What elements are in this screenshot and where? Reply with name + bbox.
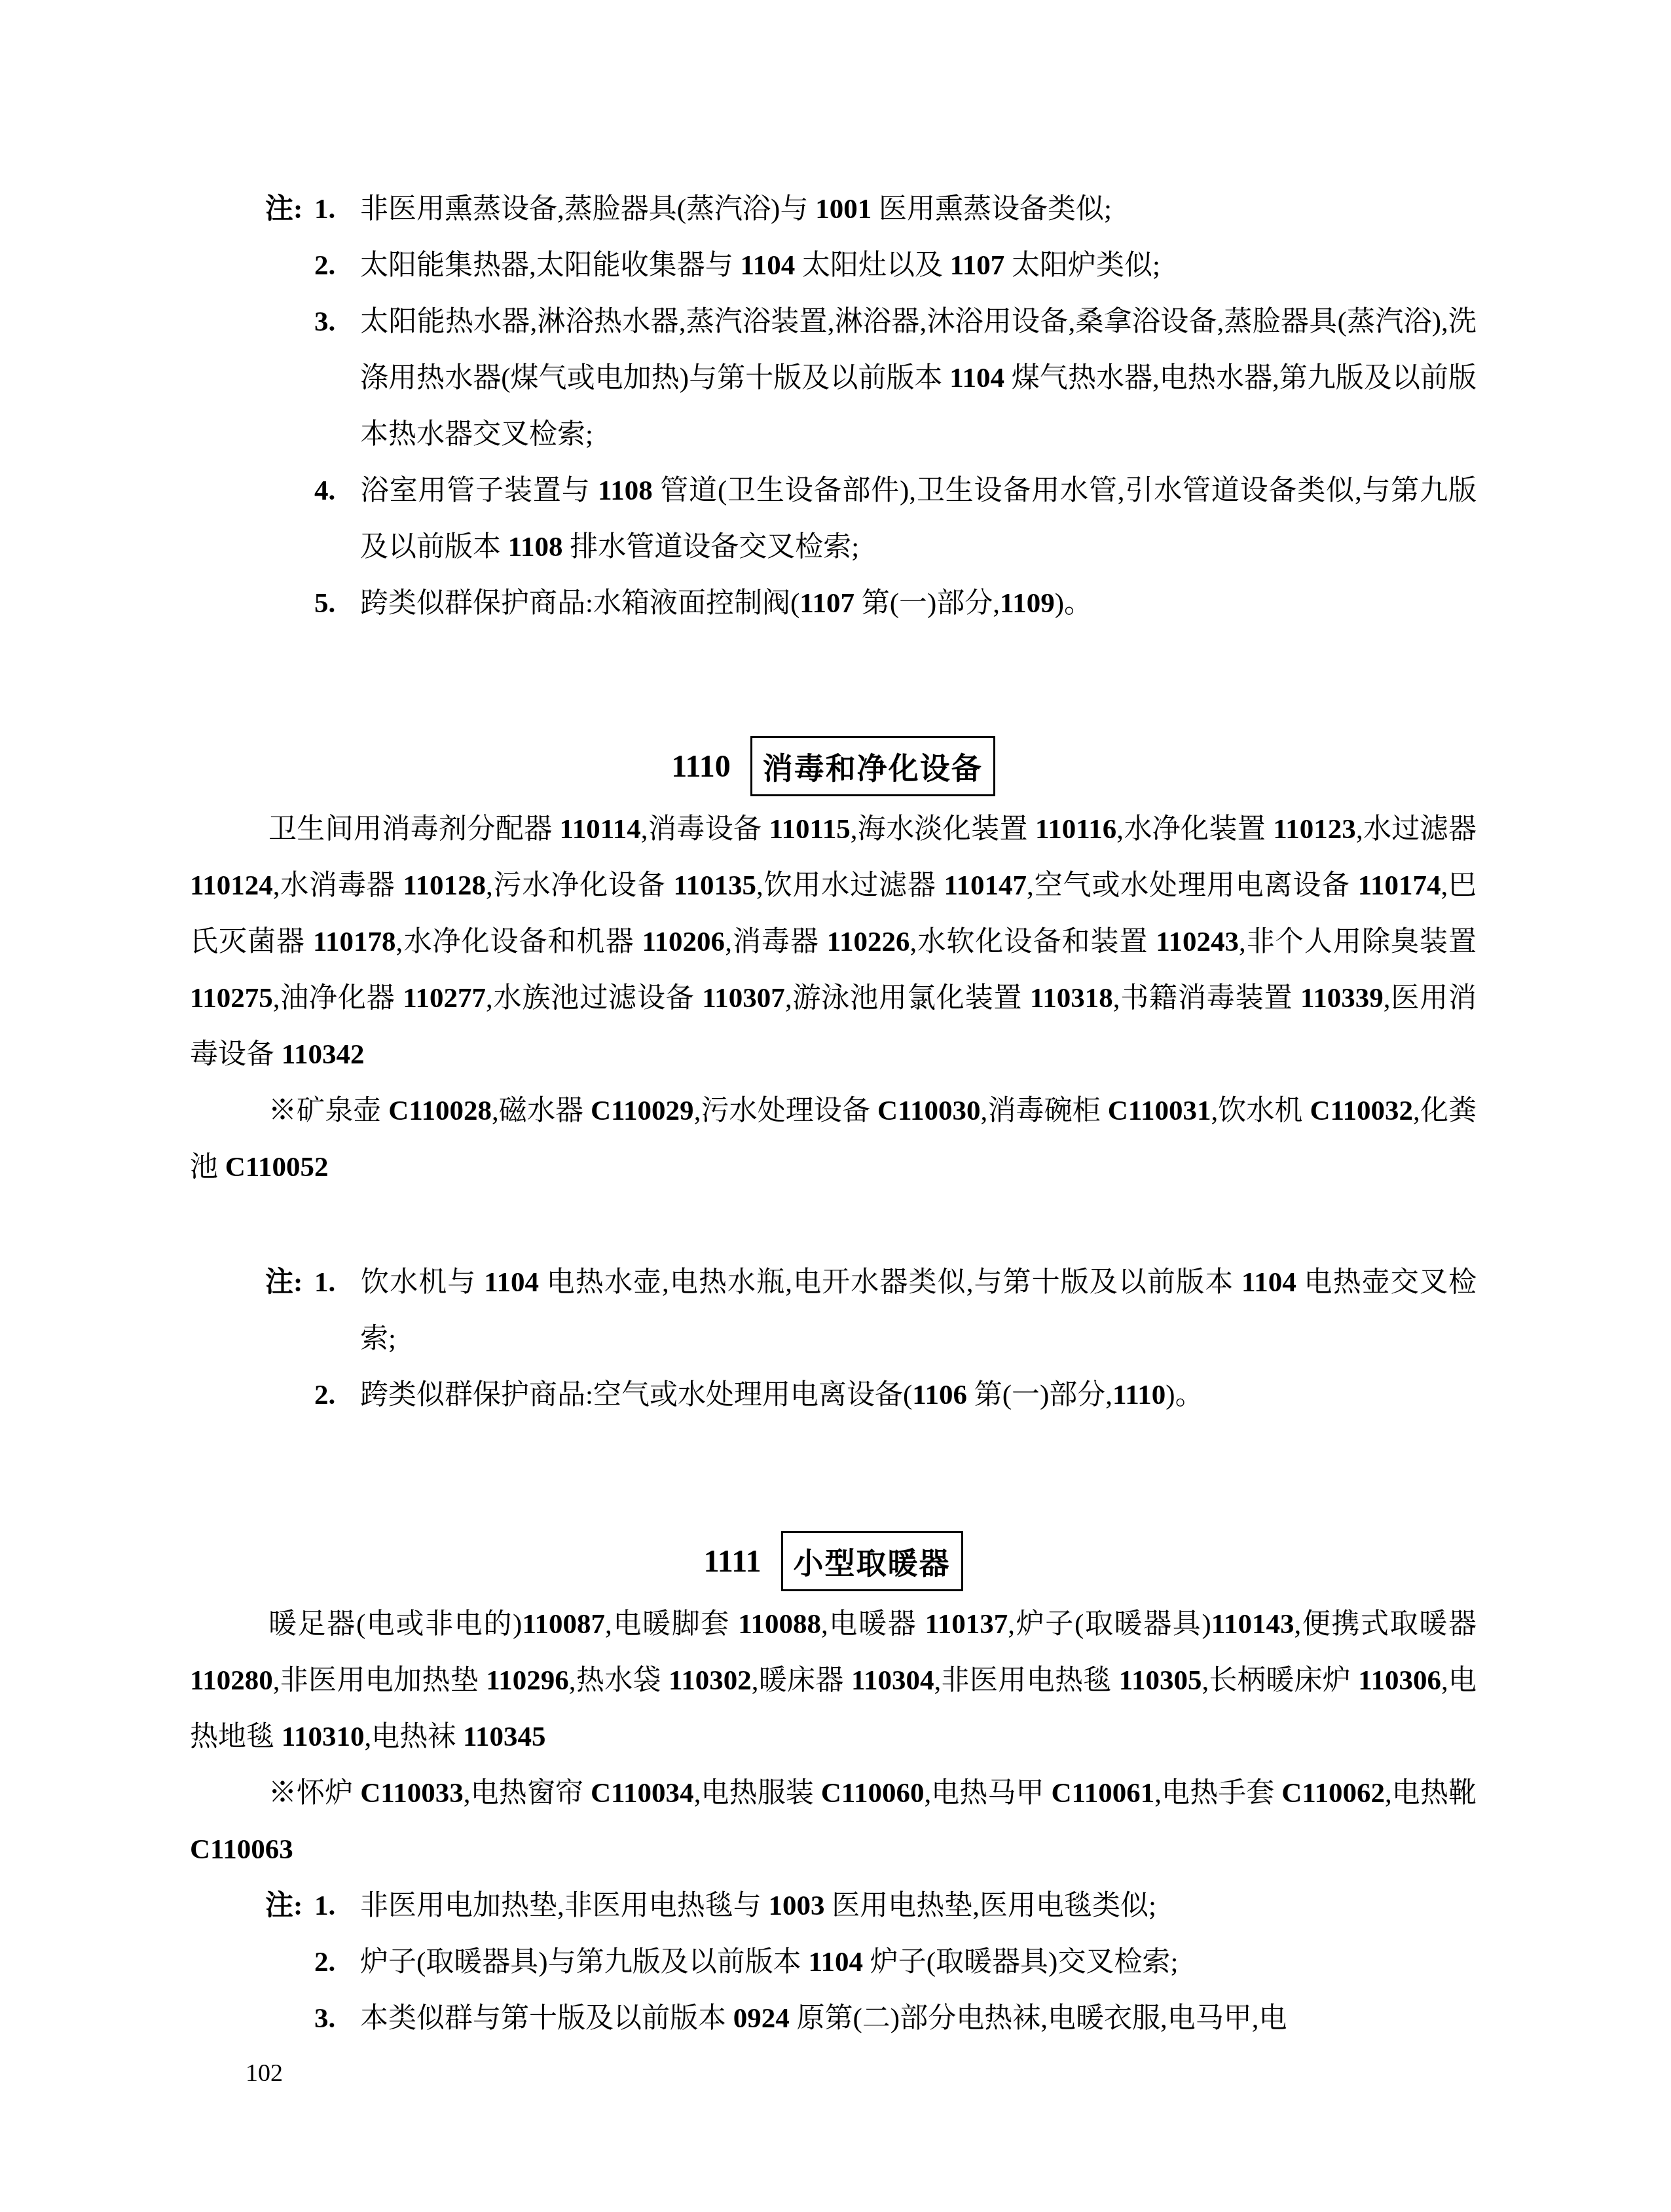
text-run: ,海水淡化装置 [851, 814, 1035, 845]
note-number: 1. [314, 1878, 360, 1934]
code-number: 110342 [282, 1039, 365, 1070]
text-run: ,暖床器 [752, 1665, 851, 1696]
code-number: 1107 [799, 588, 854, 619]
code-number: 110280 [190, 1665, 273, 1696]
code-number: 110114 [560, 814, 641, 845]
note-text: 本类似群与第十版及以前版本 0924 原第(二)部分电热袜,电暖衣服,电马甲,电 [360, 2003, 1287, 2034]
note-number: 4. [314, 463, 360, 519]
goods-paragraph: 卫生间用消毒剂分配器 110114,消毒设备 110115,海水淡化装置 110… [190, 802, 1477, 1083]
code-number: C110034 [591, 1778, 694, 1809]
note-text: 饮水机与 1104 电热水壶,电热水瓶,电开水器类似,与第十版及以前版本 110… [360, 1267, 1477, 1354]
text-run: ,炉子(取暖器具) [1008, 1609, 1211, 1640]
c-goods-paragraph: ※矿泉壶 C110028,磁水器 C110029,污水处理设备 C110030,… [190, 1083, 1477, 1196]
code-number: 110345 [463, 1722, 546, 1752]
page-number: 102 [190, 2054, 1477, 2093]
note-item: 2.太阳能集热器,太阳能收集器与 1104 太阳灶以及 1107 太阳炉类似; [190, 238, 1477, 294]
note-item: 注:1.饮水机与 1104 电热水壶,电热水瓶,电开水器类似,与第十版及以前版本… [190, 1255, 1477, 1367]
goods-paragraph: 暖足器(电或非电的)110087,电暖脚套 110088,电暖器 110137,… [190, 1596, 1477, 1765]
notes-label: 注: [265, 1878, 303, 1934]
text-run: 炉子(取暖器具)交叉检索; [863, 1947, 1178, 1978]
code-number: 110275 [190, 983, 273, 1014]
note-number: 1. [314, 181, 360, 238]
section-notes-1110: 注:1.饮水机与 1104 电热水壶,电热水瓶,电开水器类似,与第十版及以前版本… [190, 1255, 1477, 1424]
code-number: 1108 [508, 532, 563, 562]
notes-label: 注: [265, 1255, 303, 1311]
text-run: ,长柄暖床炉 [1202, 1665, 1358, 1696]
code-number: 110310 [282, 1722, 365, 1752]
code-number: C110060 [821, 1778, 925, 1809]
note-text: 浴室用管子装置与 1108 管道(卫生设备部件),卫生设备用水管,引水管道设备类… [360, 475, 1477, 562]
text-run: 非医用电加热垫,非医用电热毯与 [360, 1890, 769, 1921]
code-number: 110088 [738, 1609, 821, 1640]
code-number: 110115 [769, 814, 850, 845]
text-run: 第(一)部分, [854, 588, 1000, 619]
text-run: 医用熏蒸设备类似; [872, 194, 1112, 225]
note-item: 3.太阳能热水器,淋浴热水器,蒸汽浴装置,淋浴器,沐浴用设备,桑拿浴设备,蒸脸器… [190, 294, 1477, 463]
text-run: ,污水处理设备 [694, 1096, 877, 1126]
text-run: ,水净化装置 [1116, 814, 1273, 845]
code-number: 110143 [1211, 1609, 1295, 1640]
note-number: 2. [314, 238, 360, 294]
note-number: 2. [314, 1934, 360, 1991]
text-run: )。 [1055, 588, 1092, 619]
code-number: 1104 [808, 1947, 863, 1978]
note-text: 非医用电加热垫,非医用电热毯与 1003 医用电热垫,医用电毯类似; [360, 1890, 1156, 1921]
text-run: 跨类似群保护商品:水箱液面控制阀( [360, 588, 799, 619]
section-title-box: 消毒和净化设备 [750, 736, 995, 796]
code-number: 1104 [741, 250, 796, 281]
code-number: 110226 [827, 927, 910, 957]
text-run: ,电热服装 [694, 1778, 821, 1809]
code-number: C110062 [1281, 1778, 1385, 1809]
code-number: C110029 [591, 1096, 694, 1126]
text-run: ,电热靴 [1385, 1778, 1477, 1809]
code-number: 1104 [1241, 1267, 1296, 1298]
text-run: 暖足器(电或非电的) [268, 1609, 522, 1640]
note-text: 太阳能集热器,太阳能收集器与 1104 太阳灶以及 1107 太阳炉类似; [360, 250, 1160, 281]
code-number: 110243 [1156, 927, 1239, 957]
text-run: ,磁水器 [492, 1096, 591, 1126]
text-run: 非医用熏蒸设备,蒸脸器具(蒸汽浴)与 [360, 194, 815, 225]
text-run: ,饮水机 [1211, 1096, 1310, 1126]
note-item: 4.浴室用管子装置与 1108 管道(卫生设备部件),卫生设备用水管,引水管道设… [190, 463, 1477, 576]
note-text: 炉子(取暖器具)与第九版及以前版本 1104 炉子(取暖器具)交叉检索; [360, 1947, 1178, 1978]
code-number: 110296 [486, 1665, 569, 1696]
section-code: 1110 [671, 748, 731, 784]
code-number: 1109 [1000, 588, 1055, 619]
text-run: ,热水袋 [569, 1665, 669, 1696]
code-number: C110031 [1108, 1096, 1211, 1126]
text-run: 跨类似群保护商品:空气或水处理用电离设备( [360, 1380, 912, 1410]
text-run: ,空气或水处理用电离设备 [1027, 870, 1358, 901]
code-number: 110123 [1273, 814, 1356, 845]
c-goods-paragraph: ※怀炉 C110033,电热窗帘 C110034,电热服装 C110060,电热… [190, 1765, 1477, 1878]
document-page: 注:1.非医用熏蒸设备,蒸脸器具(蒸汽浴)与 1001 医用熏蒸设备类似; 2.… [0, 0, 1671, 2212]
code-number: 110339 [1300, 983, 1384, 1014]
text-run: ,油净化器 [273, 983, 403, 1014]
text-run: )。 [1166, 1380, 1203, 1410]
code-number: C110061 [1052, 1778, 1155, 1809]
code-number: C110063 [190, 1834, 293, 1865]
text-run: ,电暖脚套 [605, 1609, 738, 1640]
text-run: ,书籍消毒装置 [1113, 983, 1300, 1014]
code-number: C110032 [1310, 1096, 1413, 1126]
text-run: ,水族池过滤设备 [486, 983, 702, 1014]
code-number: 110306 [1358, 1665, 1441, 1696]
text-run: ,消毒碗柜 [981, 1096, 1108, 1126]
text-run: ,消毒器 [725, 927, 827, 957]
code-number: 110128 [403, 870, 486, 901]
text-run: 第(一)部分, [967, 1380, 1112, 1410]
text-run: ,水过滤器 [1356, 814, 1477, 845]
section-heading-1110: 1110 消毒和净化设备 [190, 733, 1477, 799]
text-run: ※矿泉壶 [268, 1096, 388, 1126]
text-run: 排水管道设备交叉检索; [562, 532, 859, 562]
code-number: 1104 [484, 1267, 539, 1298]
code-number: C110030 [877, 1096, 981, 1126]
note-item: 2.跨类似群保护商品:空气或水处理用电离设备(1106 第(一)部分,1110)… [190, 1367, 1477, 1424]
code-number: 110178 [313, 927, 396, 957]
code-number: 110307 [702, 983, 785, 1014]
code-number: 110277 [403, 983, 486, 1014]
text-run: 太阳灶以及 [795, 250, 950, 281]
text-run: 本类似群与第十版及以前版本 [360, 2003, 733, 2034]
text-run: 医用电热垫,医用电毯类似; [825, 1890, 1156, 1921]
section-notes-1111: 注:1.非医用电加热垫,非医用电热毯与 1003 医用电热垫,医用电毯类似; 2… [190, 1878, 1477, 2047]
text-run: ,非个人用除臭装置 [1239, 927, 1477, 957]
text-run: ,水消毒器 [273, 870, 403, 901]
note-number: 3. [314, 294, 360, 350]
note-number: 2. [314, 1367, 360, 1424]
text-run: ,非医用电热毯 [934, 1665, 1119, 1696]
text-run: ,电热马甲 [924, 1778, 1051, 1809]
notes-label: 注: [265, 181, 303, 238]
text-run: 炉子(取暖器具)与第九版及以前版本 [360, 1947, 808, 1978]
text-run: 浴室用管子装置与 [360, 475, 598, 506]
text-run: ,非医用电加热垫 [273, 1665, 487, 1696]
text-run: ,水软化设备和装置 [909, 927, 1156, 957]
text-run: ※怀炉 [268, 1778, 360, 1809]
note-item: 5.跨类似群保护商品:水箱液面控制阀(1107 第(一)部分,1109)。 [190, 576, 1477, 632]
text-run: ,电热窗帘 [464, 1778, 591, 1809]
page-content: 注:1.非医用熏蒸设备,蒸脸器具(蒸汽浴)与 1001 医用熏蒸设备类似; 2.… [0, 0, 1671, 2093]
code-number: 110135 [673, 870, 756, 901]
code-number: 110124 [190, 870, 273, 901]
text-run: 太阳炉类似; [1004, 250, 1160, 281]
code-number: 110147 [944, 870, 1027, 901]
code-number: C110033 [360, 1778, 464, 1809]
note-text: 跨类似群保护商品:空气或水处理用电离设备(1106 第(一)部分,1110)。 [360, 1380, 1203, 1410]
text-run: 电热水壶,电热水瓶,电开水器类似,与第十版及以前版本 [539, 1267, 1241, 1298]
code-number: 110174 [1358, 870, 1441, 901]
section-title-box: 小型取暖器 [781, 1531, 963, 1591]
note-number: 1. [314, 1255, 360, 1311]
code-number: 110116 [1035, 814, 1116, 845]
text-run: ,水净化设备和机器 [396, 927, 642, 957]
note-number: 5. [314, 576, 360, 632]
text-run: ,电暖器 [821, 1609, 925, 1640]
code-number: 1106 [912, 1380, 967, 1410]
section-heading-1111: 1111 小型取暖器 [190, 1528, 1477, 1594]
code-number: 110318 [1030, 983, 1113, 1014]
note-item: 注:1.非医用电加热垫,非医用电热毯与 1003 医用电热垫,医用电毯类似; [190, 1878, 1477, 1934]
note-text: 非医用熏蒸设备,蒸脸器具(蒸汽浴)与 1001 医用熏蒸设备类似; [360, 194, 1112, 225]
code-number: 1108 [598, 475, 653, 506]
note-item: 3.本类似群与第十版及以前版本 0924 原第(二)部分电热袜,电暖衣服,电马甲… [190, 1991, 1477, 2047]
text-run: ,便携式取暖器 [1294, 1609, 1477, 1640]
section-code: 1111 [703, 1543, 761, 1579]
code-number: 110206 [642, 927, 725, 957]
code-number: 1110 [1112, 1380, 1166, 1410]
code-number: 110087 [522, 1609, 605, 1640]
code-number: 1001 [815, 194, 872, 225]
code-number: 110304 [851, 1665, 934, 1696]
text-run: ,消毒设备 [641, 814, 769, 845]
text-run: ,污水净化设备 [486, 870, 673, 901]
note-item: 注:1.非医用熏蒸设备,蒸脸器具(蒸汽浴)与 1001 医用熏蒸设备类似; [190, 181, 1477, 238]
text-run: ,电热手套 [1154, 1778, 1281, 1809]
code-number: 110137 [925, 1609, 1008, 1640]
text-run: ,电热袜 [364, 1722, 463, 1752]
text-run: 饮水机与 [360, 1267, 484, 1298]
note-text: 跨类似群保护商品:水箱液面控制阀(1107 第(一)部分,1109)。 [360, 588, 1092, 619]
code-number: 0924 [733, 2003, 790, 2034]
code-number: 1003 [769, 1890, 825, 1921]
code-number: 110305 [1119, 1665, 1202, 1696]
text-run: 原第(二)部分电热袜,电暖衣服,电马甲,电 [790, 2003, 1287, 2034]
code-number: C110052 [225, 1152, 329, 1183]
text-run: ,游泳池用氯化装置 [785, 983, 1030, 1014]
note-text: 太阳能热水器,淋浴热水器,蒸汽浴装置,淋浴器,沐浴用设备,桑拿浴设备,蒸脸器具(… [360, 306, 1477, 450]
note-item: 2.炉子(取暖器具)与第九版及以前版本 1104 炉子(取暖器具)交叉检索; [190, 1934, 1477, 1991]
text-run: ,饮用水过滤器 [756, 870, 944, 901]
text-run: 太阳能集热器,太阳能收集器与 [360, 250, 741, 281]
note-number: 3. [314, 1991, 360, 2047]
code-number: C110028 [388, 1096, 492, 1126]
code-number: 1107 [950, 250, 1005, 281]
general-notes: 注:1.非医用熏蒸设备,蒸脸器具(蒸汽浴)与 1001 医用熏蒸设备类似; 2.… [190, 181, 1477, 632]
code-number: 1104 [949, 363, 1004, 394]
text-run: 卫生间用消毒剂分配器 [268, 814, 560, 845]
code-number: 110302 [669, 1665, 752, 1696]
